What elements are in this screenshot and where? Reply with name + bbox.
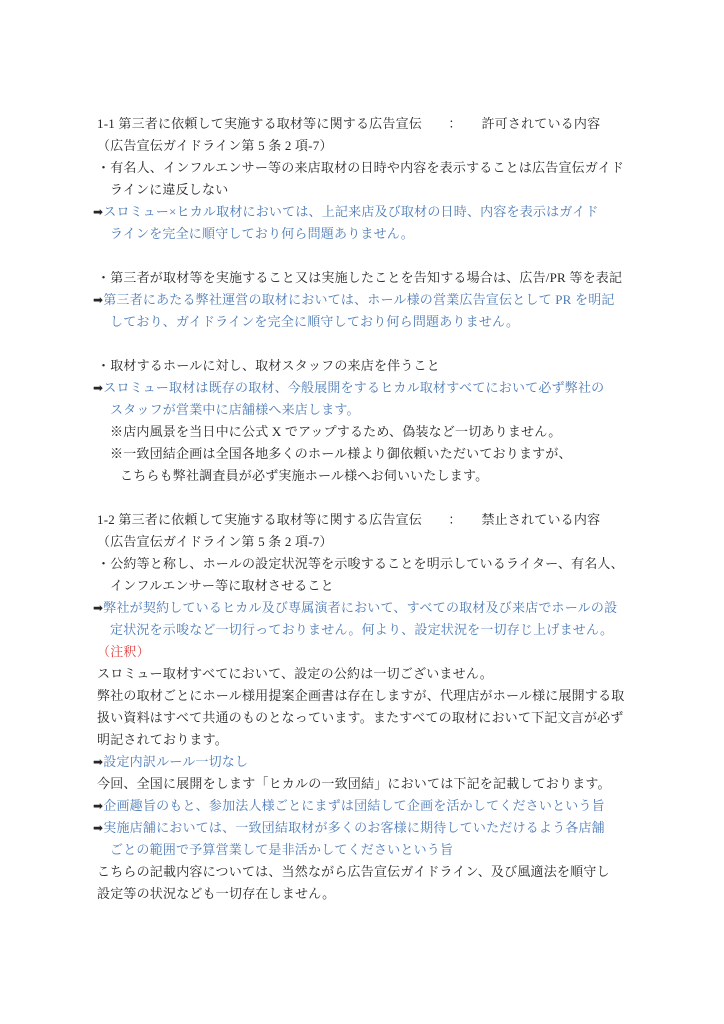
line-text: インフルエンサー等に取材させること: [110, 578, 334, 593]
line-text: （広告宣伝ガイドライン第 5 条 2 項-7）: [97, 534, 333, 549]
line-text: スタッフが営業中に店舗様へ来店します。: [110, 402, 360, 417]
document-line: ➡設定内訳ルール一切なし: [97, 751, 642, 773]
line-text: ラインに違反しない: [110, 182, 228, 197]
line-text: ・第三者が取材等を実施すること又は実施したことを告知する場合は、広告/PR 等を…: [97, 270, 622, 285]
document-line: 設定等の状況なども一切存在しません。: [97, 883, 642, 905]
blank-line: [97, 245, 642, 267]
line-text: 設定等の状況なども一切存在しません。: [97, 886, 335, 901]
document-line: スタッフが営業中に店舗様へ来店します。: [97, 399, 642, 421]
document-body: 1-1 第三者に依頼して実施する取材等に関する広告宣伝 ： 許可されている内容（…: [97, 113, 642, 905]
document-line: ラインを完全に順守しており何ら問題ありません。: [97, 223, 642, 245]
document-page: 1-1 第三者に依頼して実施する取材等に関する広告宣伝 ： 許可されている内容（…: [0, 0, 724, 1024]
line-text: 弊社が契約しているヒカル及び専属演者において、すべての取材及び来店でホールの設: [103, 600, 617, 615]
line-text: （注釈）: [97, 644, 150, 659]
arrow-right-icon: ➡: [93, 601, 103, 615]
document-line: 定状況を示唆など一切行っておりません。何より、設定状況を一切存じ上げません。: [97, 619, 642, 641]
line-text: ラインを完全に順守しており何ら問題ありません。: [110, 226, 414, 241]
document-line: インフルエンサー等に取材させること: [97, 575, 642, 597]
line-text: ・取材するホールに対し、取材スタッフの来店を伴うこと: [97, 358, 440, 373]
line-text: 1-2 第三者に依頼して実施する取材等に関する広告宣伝 ： 禁止されている内容: [97, 512, 600, 527]
document-line: 弊社の取材ごとにホール様用提案企画書は存在しますが、代理店がホール様に展開する取: [97, 685, 642, 707]
arrow-right-icon: ➡: [93, 205, 103, 219]
document-line: スロミュー取材すべてにおいて、設定の公約は一切ございません。: [97, 663, 642, 685]
document-line: ➡第三者にあたる弊社運営の取材においては、ホール様の営業広告宣伝として PR を…: [97, 289, 642, 311]
document-line: （広告宣伝ガイドライン第 5 条 2 項-7）: [97, 531, 642, 553]
line-text: 1-1 第三者に依頼して実施する取材等に関する広告宣伝 ： 許可されている内容: [97, 116, 600, 131]
document-line: 1-1 第三者に依頼して実施する取材等に関する広告宣伝 ： 許可されている内容: [97, 113, 642, 135]
document-line: （注釈）: [97, 641, 642, 663]
document-line: ※一致団結企画は全国各地多くのホール様より御依頼いただいておりますが、: [97, 443, 642, 465]
document-line: ➡実施店舗においては、一致団結取材が多くのお客様に期待していただけるよう各店舗: [97, 817, 642, 839]
line-text: 弊社の取材ごとにホール様用提案企画書は存在しますが、代理店がホール様に展開する取: [97, 688, 624, 703]
document-line: しており、ガイドラインを完全に順守しており何ら問題ありません。: [97, 311, 642, 333]
line-text: ※店内風景を当日中に公式 X でアップするため、偽装など一切ありません。: [110, 424, 561, 439]
line-text: 実施店舗においては、一致団結取材が多くのお客様に期待していただけるよう各店舗: [103, 820, 605, 835]
document-line: ※店内風景を当日中に公式 X でアップするため、偽装など一切ありません。: [97, 421, 642, 443]
document-line: こちらの記載内容については、当然ながら広告宣伝ガイドライン、及び風適法を順守し: [97, 861, 642, 883]
line-text: ごとの範囲で予算営業して是非活かしてくださいという旨: [110, 842, 453, 857]
document-line: 1-2 第三者に依頼して実施する取材等に関する広告宣伝 ： 禁止されている内容: [97, 509, 642, 531]
line-text: スロミュー取材は既存の取材、今般展開をするヒカル取材すべてにおいて必ず弊社の: [103, 380, 604, 395]
document-line: ➡弊社が契約しているヒカル及び専属演者において、すべての取材及び来店でホールの設: [97, 597, 642, 619]
line-text: 今回、全国に展開をします「ヒカルの一致団結」においては下記を記載しております。: [97, 776, 611, 791]
line-text: 扱い資料はすべて共通のものとなっています。またすべての取材において下記文言が必ず: [97, 710, 623, 725]
document-line: ・第三者が取材等を実施すること又は実施したことを告知する場合は、広告/PR 等を…: [97, 267, 642, 289]
document-line: ごとの範囲で予算営業して是非活かしてくださいという旨: [97, 839, 642, 861]
blank-line: [97, 487, 642, 509]
arrow-right-icon: ➡: [93, 755, 103, 769]
arrow-right-icon: ➡: [93, 381, 103, 395]
document-line: ➡スロミュー×ヒカル取材においては、上記来店及び取材の日時、内容を表示はガイド: [97, 201, 642, 223]
line-text: 企画趣旨のもと、参加法人様ごとにまずは団結して企画を活かしてくださいという旨: [103, 798, 605, 813]
line-text: ※一致団結企画は全国各地多くのホール様より御依頼いただいておりますが、: [110, 446, 572, 461]
line-text: （広告宣伝ガイドライン第 5 条 2 項-7）: [97, 138, 333, 153]
line-text: こちらも弊社調査員が必ず実施ホール様へお伺いいたします。: [120, 468, 488, 483]
line-text: しており、ガイドラインを完全に順守しており何ら問題ありません。: [110, 314, 519, 329]
arrow-right-icon: ➡: [93, 799, 103, 813]
document-line: 扱い資料はすべて共通のものとなっています。またすべての取材において下記文言が必ず: [97, 707, 642, 729]
document-line: （広告宣伝ガイドライン第 5 条 2 項-7）: [97, 135, 642, 157]
line-text: ・有名人、インフルエンサー等の来店取材の日時や内容を表示することは広告宣伝ガイド: [97, 160, 624, 175]
document-line: ➡スロミュー取材は既存の取材、今般展開をするヒカル取材すべてにおいて必ず弊社の: [97, 377, 642, 399]
line-text: 定状況を示唆など一切行っておりません。何より、設定状況を一切存じ上げません。: [110, 622, 613, 637]
line-text: スロミュー×ヒカル取材においては、上記来店及び取材の日時、内容を表示はガイド: [103, 204, 598, 219]
document-line: ・取材するホールに対し、取材スタッフの来店を伴うこと: [97, 355, 642, 377]
line-text: ・公約等と称し、ホールの設定状況等を示唆することを明示しているライター、有名人、: [97, 556, 624, 571]
document-line: こちらも弊社調査員が必ず実施ホール様へお伺いいたします。: [97, 465, 642, 487]
line-text: 設定内訳ルール一切なし: [103, 754, 248, 769]
line-text: 明記されております。: [97, 732, 228, 747]
line-text: 第三者にあたる弊社運営の取材においては、ホール様の営業広告宣伝として PR を明…: [103, 292, 614, 307]
document-line: ・有名人、インフルエンサー等の来店取材の日時や内容を表示することは広告宣伝ガイド: [97, 157, 642, 179]
blank-line: [97, 333, 642, 355]
document-line: ➡企画趣旨のもと、参加法人様ごとにまずは団結して企画を活かしてくださいという旨: [97, 795, 642, 817]
line-text: こちらの記載内容については、当然ながら広告宣伝ガイドライン、及び風適法を順守し: [97, 864, 610, 879]
arrow-right-icon: ➡: [93, 293, 103, 307]
document-line: ラインに違反しない: [97, 179, 642, 201]
document-line: 今回、全国に展開をします「ヒカルの一致団結」においては下記を記載しております。: [97, 773, 642, 795]
document-line: 明記されております。: [97, 729, 642, 751]
arrow-right-icon: ➡: [93, 821, 103, 835]
line-text: スロミュー取材すべてにおいて、設定の公約は一切ございません。: [97, 666, 493, 681]
document-line: ・公約等と称し、ホールの設定状況等を示唆することを明示しているライター、有名人、: [97, 553, 642, 575]
